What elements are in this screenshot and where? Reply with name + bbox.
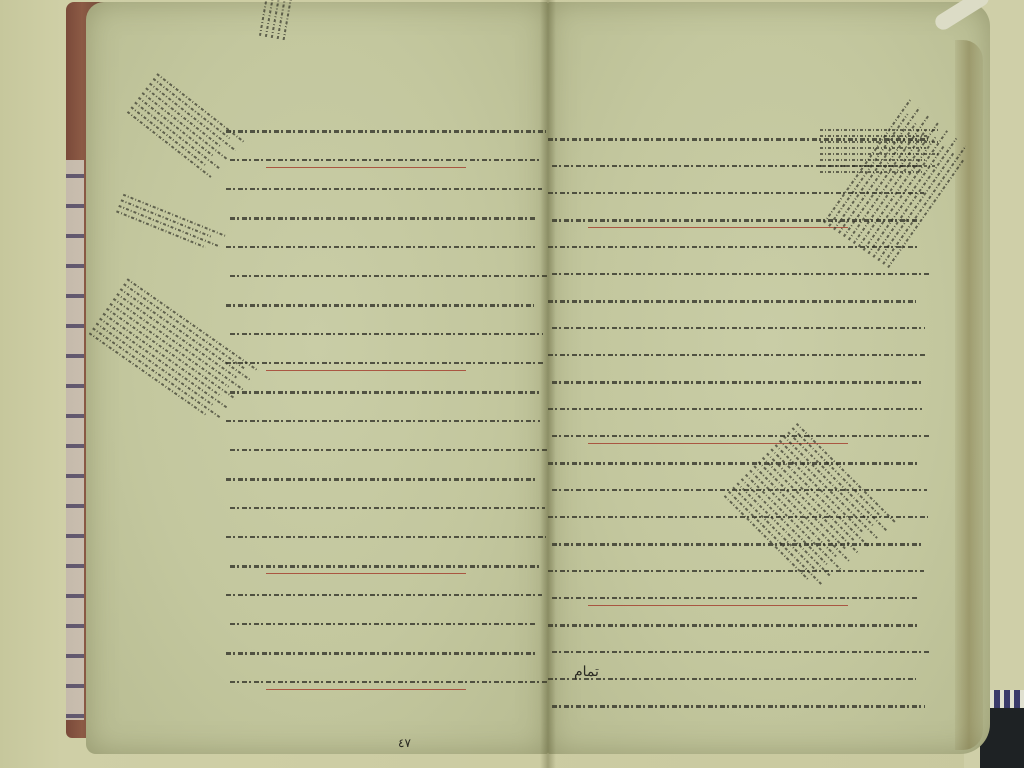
red-rubric-line <box>588 227 848 228</box>
red-rubric-line <box>266 573 466 574</box>
text-line <box>230 623 537 625</box>
text-line <box>226 130 546 133</box>
text-line <box>230 159 541 161</box>
text-line <box>548 354 926 356</box>
text-line <box>226 246 538 248</box>
red-rubric-line <box>588 605 848 606</box>
text-line <box>226 362 544 364</box>
text-line <box>230 217 537 220</box>
gloss-line <box>758 461 846 549</box>
text-line <box>548 678 916 680</box>
text-line <box>230 507 545 509</box>
text-line <box>552 327 925 329</box>
text-line <box>230 333 543 335</box>
text-line <box>226 536 546 538</box>
text-line <box>552 597 919 599</box>
text-line <box>226 478 536 481</box>
text-line <box>230 391 539 394</box>
text-line <box>548 462 918 465</box>
red-rubric-line <box>266 370 466 371</box>
text-line <box>552 651 929 653</box>
text-line <box>552 381 921 384</box>
text-line <box>226 188 542 190</box>
text-line <box>230 449 549 451</box>
text-line <box>548 624 920 627</box>
text-line <box>230 681 547 683</box>
text-line <box>552 705 925 708</box>
text-line <box>230 275 547 277</box>
text-line <box>226 304 534 307</box>
text-line <box>548 408 922 410</box>
text-line <box>230 565 541 568</box>
text-line <box>552 273 929 275</box>
text-line <box>548 300 916 303</box>
text-line <box>552 435 931 437</box>
text-line <box>226 594 542 596</box>
text-line <box>548 570 924 572</box>
text-line <box>226 420 540 422</box>
red-rubric-line <box>266 689 466 690</box>
red-rubric-line <box>266 167 466 168</box>
folio-number: ٤٧ <box>398 736 411 750</box>
text-line <box>226 652 538 655</box>
gloss-line <box>766 453 855 542</box>
left-endpaper-pattern <box>66 160 84 720</box>
catchword: تمام <box>574 664 599 680</box>
right-cover-ornament <box>984 690 1024 710</box>
book-gutter <box>540 0 556 768</box>
